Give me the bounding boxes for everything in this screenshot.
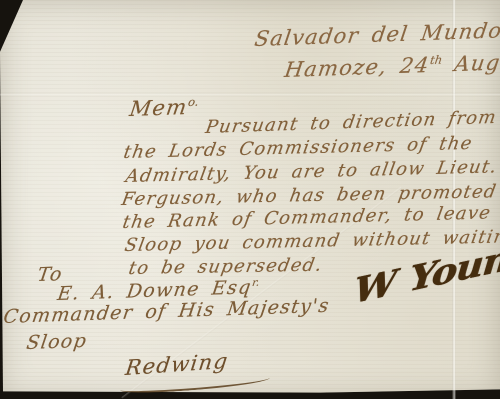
scanned-letter: Salvador del Mundo in Hamoze, 24th Augt.… bbox=[0, 0, 500, 399]
memo-label: Memo. bbox=[128, 95, 200, 121]
memo-base: Mem bbox=[128, 95, 189, 121]
memo-sup: o. bbox=[187, 95, 199, 109]
address-sloop-label: Sloop bbox=[25, 330, 89, 354]
body-line: to be superseded. bbox=[127, 255, 324, 279]
heading-month: Aug bbox=[440, 51, 500, 77]
